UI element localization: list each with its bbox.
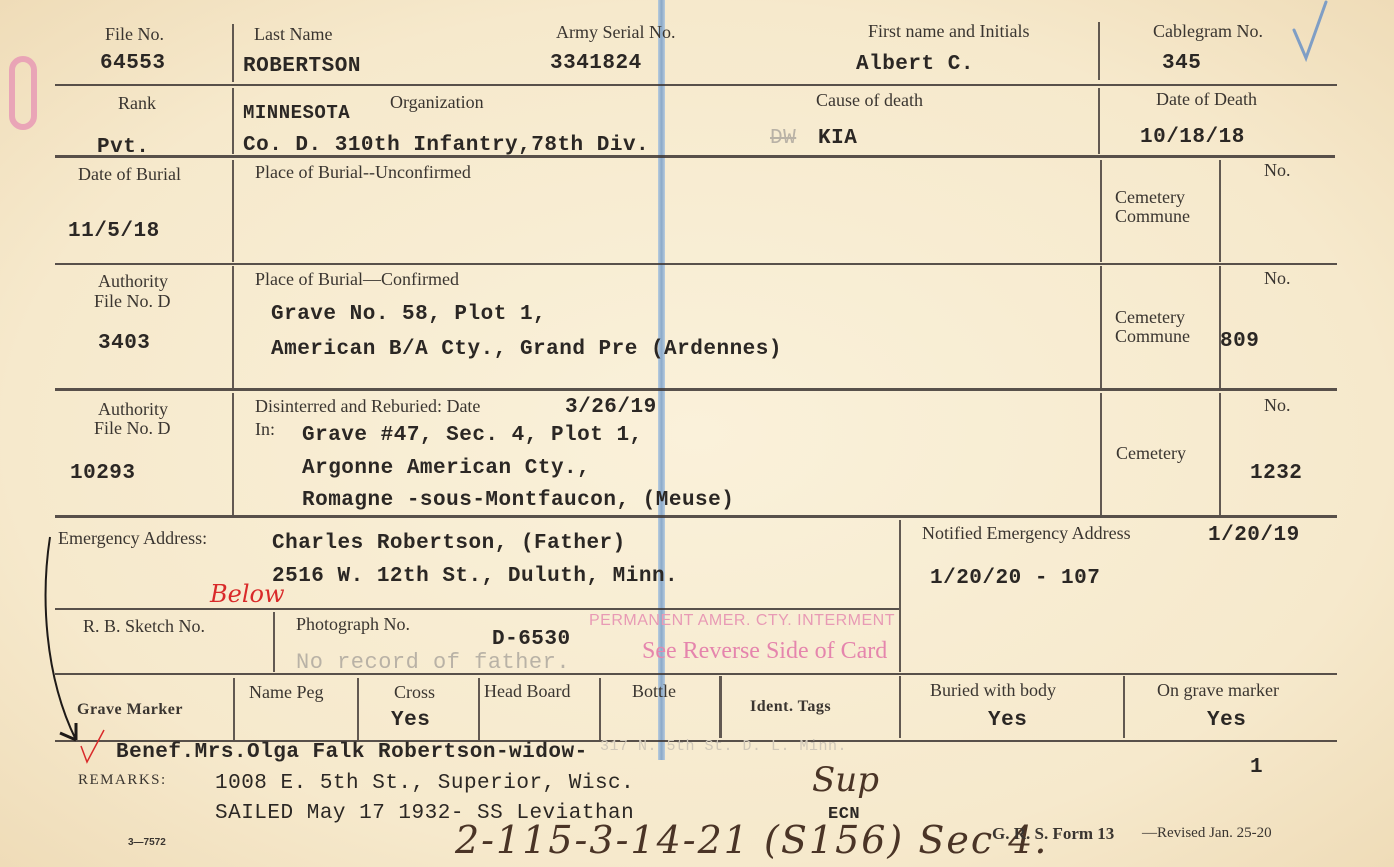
no-label-1: No. [1264, 161, 1291, 180]
name-peg-label: Name Peg [249, 683, 323, 702]
no-label-3: No. [1264, 396, 1291, 415]
photograph-label: Photograph No. [296, 615, 410, 634]
red-check-mark-icon [78, 728, 108, 764]
place-confirmed-line2: American B/A Cty., Grand Pre (Ardennes) [271, 338, 782, 361]
handwritten-below-note: Below [210, 580, 285, 608]
commune-label-2b: Commune [1115, 327, 1190, 346]
rank-label: Rank [118, 94, 156, 113]
handwritten-footer-note: 2-115-3-14-21 (S156) Sec 4. [455, 818, 1048, 862]
cause-of-death-struck: DW [770, 127, 796, 150]
buried-with-body-value: Yes [988, 709, 1027, 732]
cemetery-label-2a: Cemetery [1115, 308, 1185, 327]
faded-no-record-note: No record of father. [296, 650, 570, 675]
permanent-interment-stamp: PERMANENT AMER. CTY. INTERMENT [589, 612, 895, 630]
cross-value: Yes [391, 709, 430, 732]
emergency-line1: Charles Robertson, (Father) [272, 532, 626, 555]
notified-date: 1/20/19 [1208, 524, 1300, 547]
grave-marker-label: Grave Marker [77, 701, 183, 719]
authority-label-3a: Authority [98, 400, 168, 419]
handwritten-arrow-icon [36, 535, 86, 750]
place-confirmed-line1: Grave No. 58, Plot 1, [271, 303, 546, 326]
last-name-value: ROBERTSON [243, 55, 361, 78]
emergency-line2: 2516 W. 12th St., Duluth, Minn. [272, 565, 678, 588]
reburied-date-value: 3/26/19 [565, 396, 657, 419]
commune-label-1b: Commune [1115, 207, 1190, 226]
blue-check-mark-icon [1290, 0, 1330, 65]
file-no-value: 64553 [100, 52, 166, 75]
see-reverse-stamp: See Reverse Side of Card [642, 638, 887, 665]
remarks-label: Remarks: [78, 772, 167, 789]
authority-value-3: 10293 [70, 462, 136, 485]
authority-label-2a: Authority [98, 272, 168, 291]
ident-tags-label: Ident. Tags [750, 698, 831, 716]
handwritten-signature: Sup [812, 760, 879, 800]
pink-zero-stamp [9, 56, 37, 130]
date-of-death-label: Date of Death [1156, 90, 1257, 109]
cablegram-value: 345 [1162, 52, 1201, 75]
reburied-line3: Romagne -sous-Montfaucon, (Meuse) [302, 489, 734, 512]
first-name-value: Albert C. [856, 53, 974, 76]
army-serial-label: Army Serial No. [556, 23, 675, 42]
state-value: MINNESOTA [243, 102, 350, 124]
on-grave-marker-value: Yes [1207, 709, 1246, 732]
cross-label: Cross [394, 683, 435, 702]
form-revision: —Revised Jan. 25-20 [1142, 825, 1272, 842]
place-confirmed-label: Place of Burial—Confirmed [255, 270, 459, 289]
in-label: In: [255, 420, 275, 439]
place-unconfirmed-label: Place of Burial--Unconfirmed [255, 163, 471, 182]
beneficiary-faded-address: 317 N. 5th St. D. L. Minn. [600, 738, 847, 755]
notified-line2: 1/20/20 - 107 [930, 567, 1100, 590]
army-serial-value: 3341824 [550, 52, 642, 75]
cause-of-death-value: KIA [818, 127, 857, 150]
beneficiary-line: Benef.Mrs.Olga Falk Robertson-widow- [116, 741, 588, 764]
reburied-line2: Argonne American Cty., [302, 457, 590, 480]
notified-label: Notified Emergency Address [922, 524, 1131, 543]
cause-of-death-label: Cause of death [816, 91, 923, 110]
buried-with-body-label: Buried with body [930, 681, 1056, 700]
remarks-count: 1 [1250, 756, 1263, 779]
reburied-label: Disinterred and Reburied: Date [255, 397, 480, 416]
organization-value: Co. D. 310th Infantry,78th Div. [243, 134, 649, 157]
file-no-label: File No. [105, 25, 164, 44]
no-value-2: 809 [1220, 330, 1259, 353]
authority-value-2: 3403 [98, 332, 150, 355]
date-of-burial-label: Date of Burial [78, 165, 181, 184]
no-label-2: No. [1264, 269, 1291, 288]
form-id: G. R. S. Form 13 [992, 824, 1114, 844]
remarks-line1: 1008 E. 5th St., Superior, Wisc. [215, 772, 634, 795]
head-board-label: Head Board [484, 682, 570, 701]
organization-label: Organization [390, 93, 484, 112]
no-value-3: 1232 [1250, 462, 1302, 485]
reburied-line1: Grave #47, Sec. 4, Plot 1, [302, 424, 643, 447]
date-of-death-value: 10/18/18 [1140, 126, 1245, 149]
on-grave-marker-label: On grave marker [1157, 681, 1279, 700]
last-name-label: Last Name [254, 25, 332, 44]
print-code: 3—7572 [128, 837, 166, 848]
date-of-burial-value: 11/5/18 [68, 220, 160, 243]
rb-sketch-label: R. B. Sketch No. [83, 617, 205, 636]
authority-label-3b: File No. D [94, 419, 171, 438]
first-name-label: First name and Initials [868, 22, 1029, 41]
bottle-label: Bottle [632, 682, 676, 701]
authority-label-2b: File No. D [94, 292, 171, 311]
cablegram-label: Cablegram No. [1153, 22, 1263, 41]
cemetery-label-1a: Cemetery [1115, 188, 1185, 207]
cemetery-label-3: Cemetery [1116, 444, 1186, 463]
photograph-value: D-6530 [492, 628, 571, 651]
